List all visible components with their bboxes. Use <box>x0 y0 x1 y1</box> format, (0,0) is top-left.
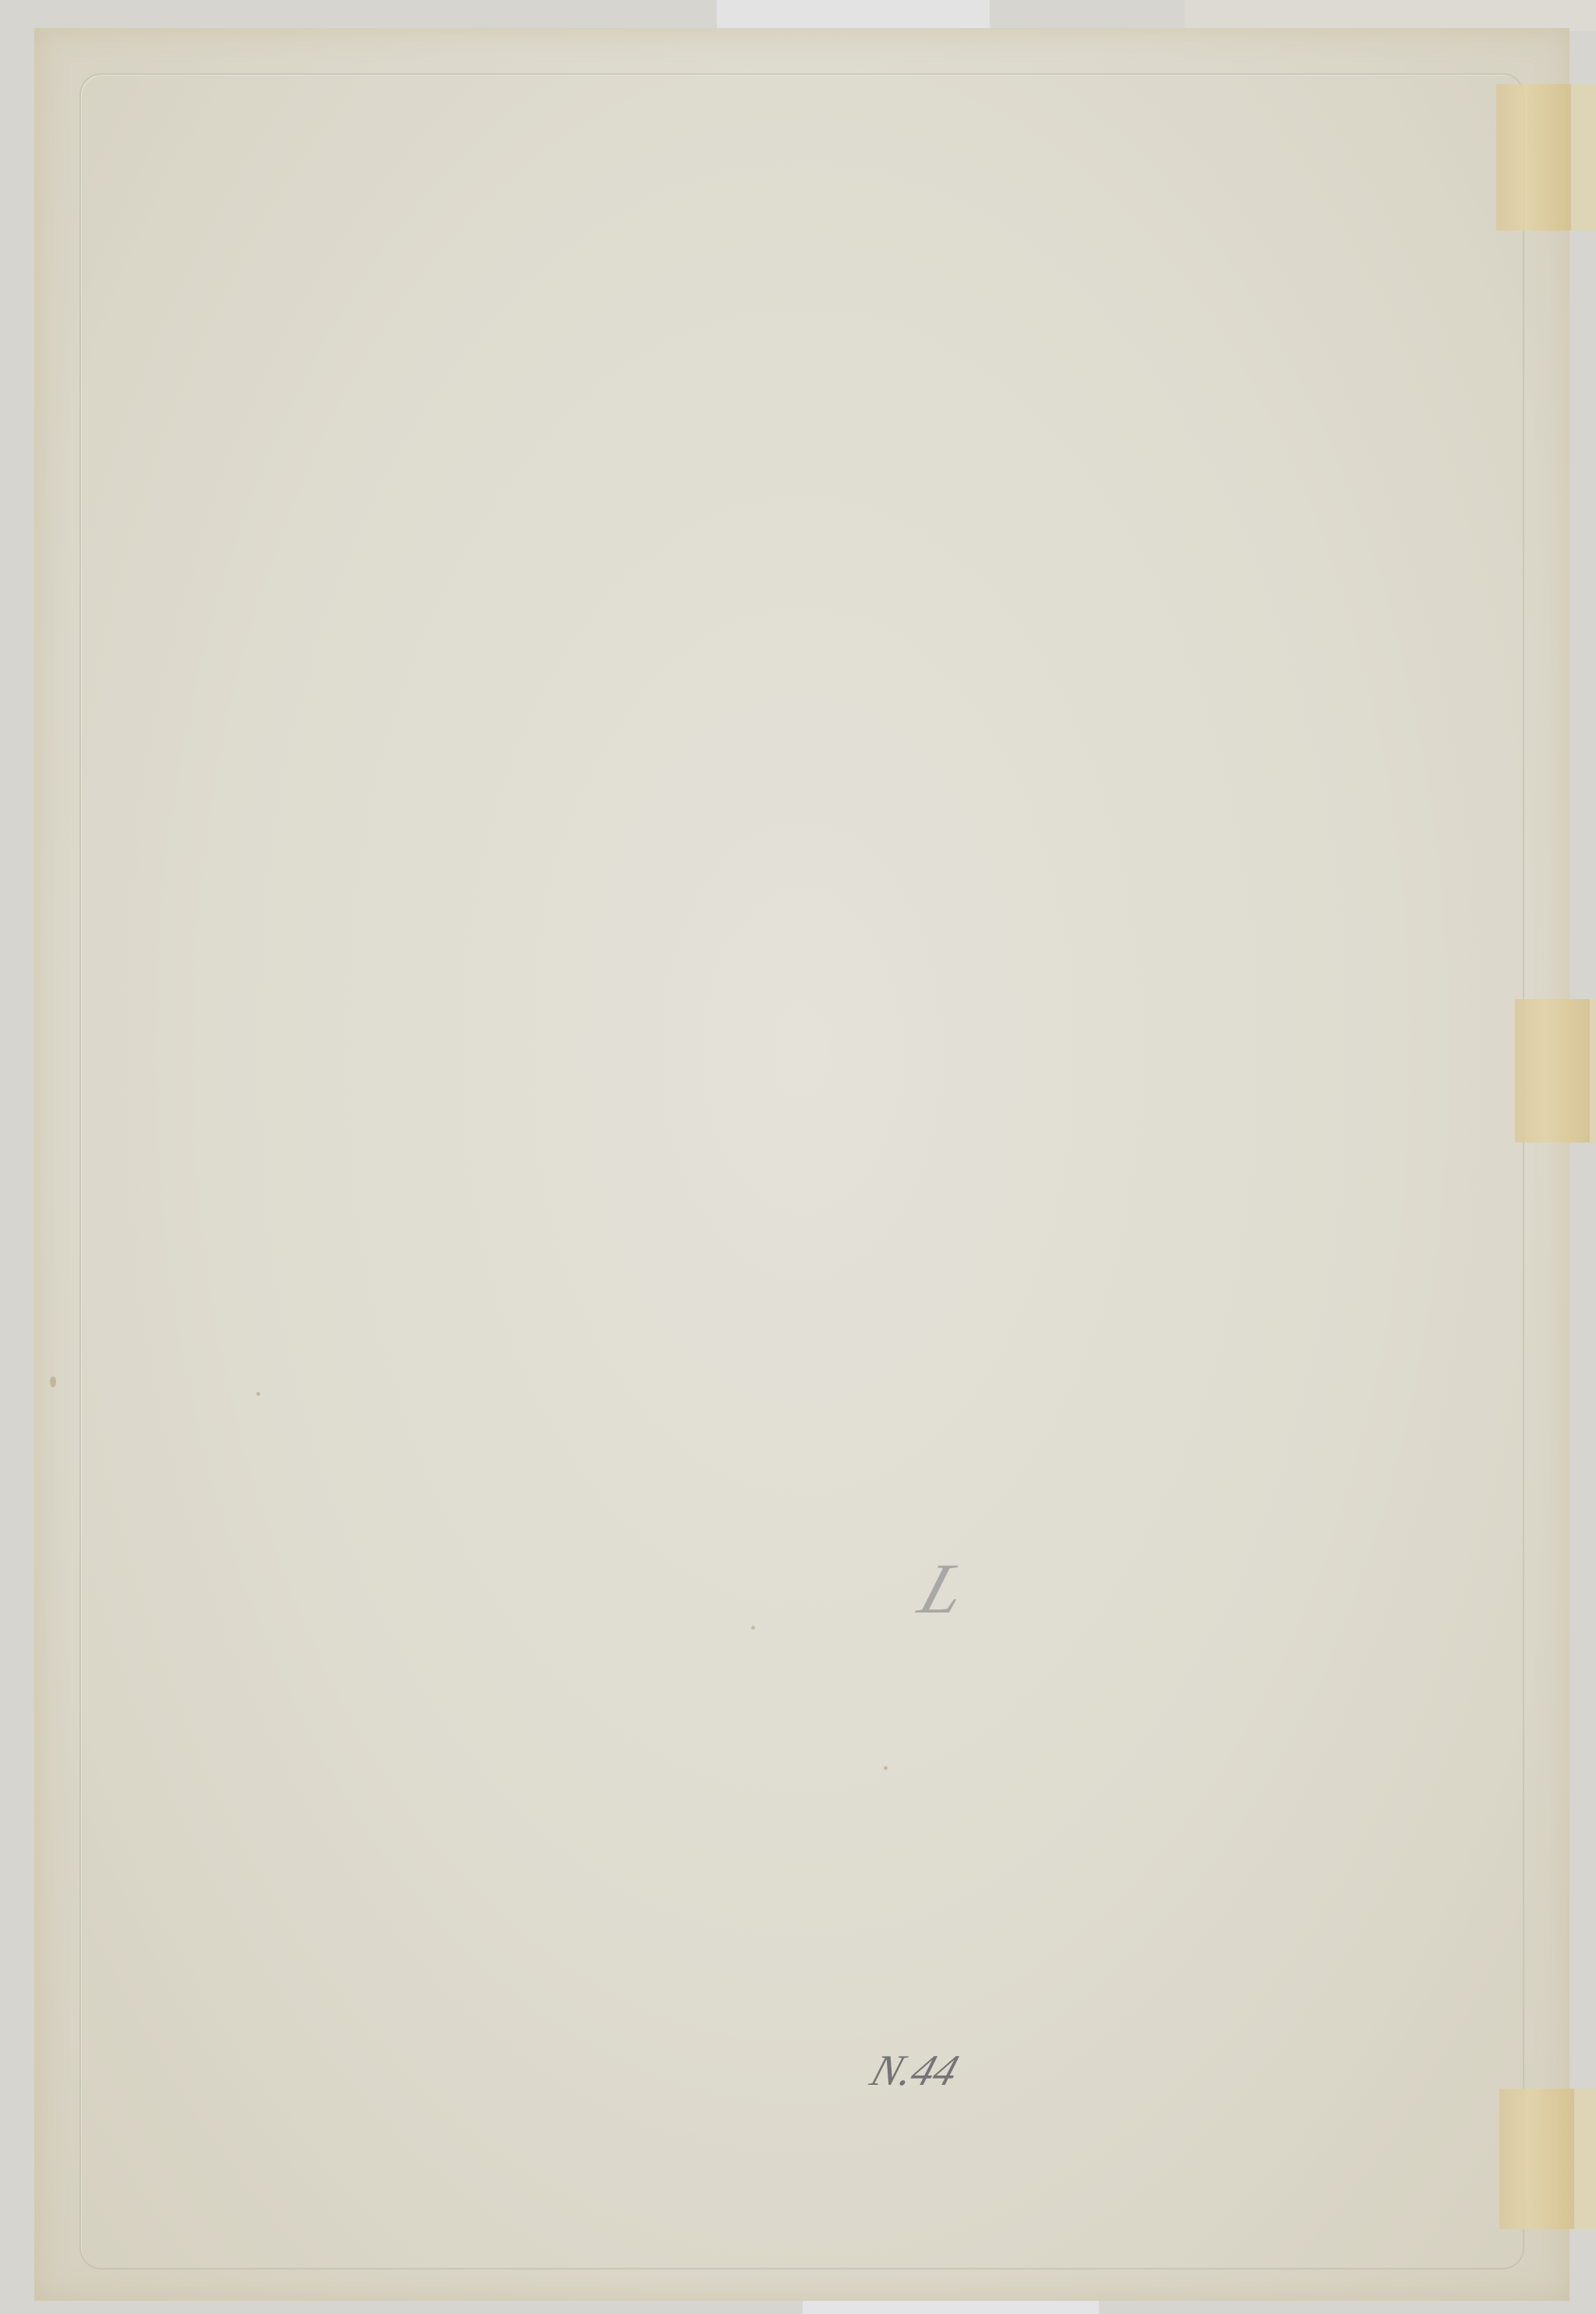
pencil-inventory-number: N.44 <box>865 2046 965 2096</box>
tape-strip-middle <box>1515 999 1590 1143</box>
foxing-speck <box>884 1766 888 1770</box>
foxing-speck <box>256 1392 260 1396</box>
plate-mark <box>79 73 1524 2270</box>
tape-strip-bottom <box>1499 2089 1574 2229</box>
backdrop-white-card-bottom <box>803 2299 1099 2314</box>
backdrop-right-top <box>1185 0 1596 31</box>
tape-strip-top <box>1496 84 1571 231</box>
foxing-speck <box>50 1376 56 1387</box>
foxing-speck <box>751 1626 755 1630</box>
paper-sheet: L N.44 <box>34 28 1570 2301</box>
backdrop-white-card-top <box>717 0 990 31</box>
